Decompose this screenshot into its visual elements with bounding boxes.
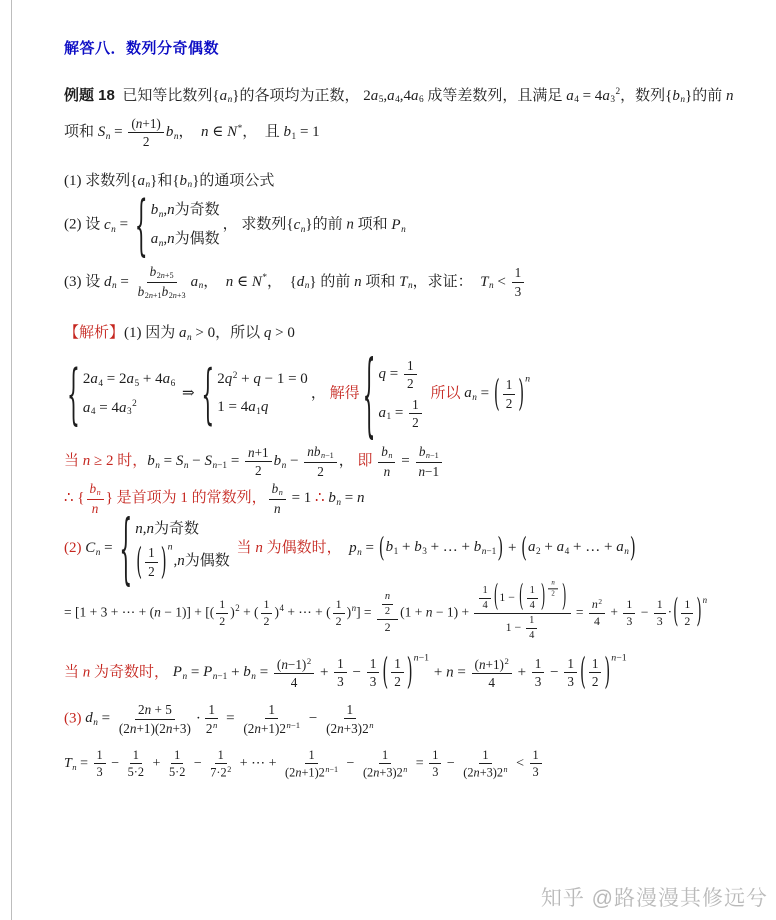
superscript: 2: [227, 765, 231, 774]
text-run: 1: [535, 656, 542, 671]
math-var-letter: a: [528, 539, 536, 555]
cases-group: {n,n为奇数(12)n,n为偶数: [119, 518, 229, 579]
math-var-letter: N: [252, 274, 262, 290]
math-var-letter: n: [479, 657, 486, 672]
superscript: 2: [504, 656, 508, 666]
text-run: +: [237, 371, 253, 387]
cases-group: {2q2 + q − 1 = 01 = 4a1q: [201, 368, 307, 419]
math-var-letter: a: [163, 371, 171, 387]
math-var-letter: n: [201, 124, 209, 140]
paren-inner: a2 + a4 + … + an: [527, 536, 630, 560]
text-run: ，: [339, 453, 358, 469]
fraction-denominator: 7·22: [207, 764, 234, 780]
fraction: 13: [512, 265, 525, 298]
text-run: 1: [336, 597, 342, 611]
math-var-letter: q: [253, 371, 261, 387]
text-run: 【解析】: [64, 325, 124, 341]
fraction: 14(1 − (14)n2)1 − 14: [474, 585, 570, 642]
math-var: n: [154, 604, 161, 619]
math-var-letter: a: [387, 88, 395, 104]
text-run: +1)2: [261, 721, 286, 736]
math-var: cn: [104, 217, 116, 233]
math-var: n: [384, 464, 391, 479]
math-var: dn: [297, 274, 310, 290]
text-run: 3: [567, 674, 574, 689]
paren-close-icon: ): [518, 376, 524, 413]
fraction-denominator: 4: [288, 674, 301, 690]
math-var: Pn: [391, 217, 405, 233]
paren-open-icon: (: [379, 535, 385, 562]
text-run: 当: [64, 664, 83, 680]
fraction: 13: [530, 748, 542, 779]
text-run: +: [149, 756, 164, 771]
text-run: +1)2: [301, 766, 324, 780]
fraction: bnn: [87, 481, 104, 516]
cases-row: (12)n,n为偶数: [135, 545, 230, 578]
fraction-numerator: 1: [429, 748, 441, 764]
text-run: 4: [529, 630, 534, 641]
math-var-letter: n: [551, 579, 554, 586]
text-run: + 4: [139, 371, 162, 387]
fraction-numerator: 1: [94, 748, 106, 764]
fraction: 1(2n+3)2n: [460, 748, 510, 780]
math-var-letter: S: [98, 124, 106, 140]
math-var-letter: n: [213, 720, 217, 730]
text-run: =: [412, 756, 427, 771]
math-var: an: [179, 325, 192, 341]
math-var-letter: b: [474, 539, 482, 555]
superscript: n: [403, 765, 407, 774]
math-var-letter: b: [328, 490, 336, 506]
math-var-letter: n: [346, 217, 354, 233]
math-var-letter: n: [726, 88, 734, 104]
math-var: a4: [557, 539, 570, 555]
fraction-denominator: 5·2: [166, 764, 188, 779]
math-var: a32: [602, 88, 620, 104]
text-run: =: [98, 710, 114, 726]
superscript: 2: [307, 656, 311, 666]
math-var: n: [213, 720, 217, 730]
math-var: an: [616, 539, 629, 555]
math-var-letter: b: [419, 444, 426, 459]
math-var: n: [525, 374, 530, 385]
text-run: +: [398, 539, 414, 555]
text-run: 1: [268, 702, 275, 717]
math-var: a6: [411, 88, 424, 104]
fraction-numerator: n: [382, 591, 393, 605]
paren-open-icon: (: [494, 376, 500, 413]
text-run: 1 −: [499, 590, 518, 604]
math-var-letter: b: [138, 284, 145, 299]
math-var-letter: n: [97, 488, 101, 497]
math-var-letter: P: [203, 664, 212, 680]
math-var: N*: [227, 124, 242, 140]
math-var: n: [135, 521, 143, 537]
text-run: (2: [285, 766, 295, 780]
text-run: ∈: [209, 124, 228, 140]
text-run: +3)2: [344, 721, 369, 736]
text-run: 2: [255, 463, 262, 478]
fraction: 1(2n+1)2n−1: [240, 702, 303, 736]
math-var-letter: b: [672, 88, 680, 104]
text-run: 1: [407, 358, 414, 373]
math-var-letter: n: [149, 291, 153, 300]
math-var: a32: [119, 400, 137, 416]
math-var-letter: T: [480, 274, 488, 290]
math-var-letter: S: [205, 453, 213, 469]
fraction-denominator: 3: [429, 764, 441, 779]
text-run: (1) 因为: [124, 325, 179, 341]
math-var: a1: [248, 399, 261, 415]
section-heading: 解答八．数列分奇偶数: [64, 38, 764, 61]
math-var-letter: a: [179, 325, 187, 341]
superscript: n−1: [286, 720, 300, 730]
math-var-letter: n: [624, 547, 629, 557]
text-run: =: [110, 124, 126, 140]
superscript: n: [504, 765, 508, 774]
fraction-denominator: 2: [503, 395, 516, 411]
text-run: =: [222, 710, 238, 726]
math-var-letter: n: [403, 765, 407, 774]
fraction-denominator: 2: [314, 463, 327, 479]
paren-close-icon: ): [541, 583, 546, 613]
math-var-letter: n: [482, 547, 487, 557]
part2-cases: (2) Cn = {n,n为奇数(12)n,n为偶数 当 n 为偶数时， pn …: [64, 518, 764, 579]
math-var: n: [92, 501, 99, 516]
text-run: 项和: [64, 124, 98, 140]
fraction-numerator: 1: [334, 656, 347, 673]
math-var-letter: n: [384, 464, 391, 479]
fraction-numerator: 14(1 − (14)n2): [474, 585, 570, 614]
paren-open-icon: (: [521, 535, 527, 562]
math-var-letter: a: [90, 371, 98, 387]
fraction: 13: [367, 656, 380, 689]
fraction-denominator: 4: [485, 674, 498, 690]
math-var: n: [504, 765, 508, 774]
cases-row: a4 = 4a32: [83, 397, 137, 421]
text-run: 1: [337, 656, 344, 671]
text-run: 1: [308, 748, 314, 762]
highlight-red: 当 n 为偶数时，: [237, 540, 342, 556]
text-run: −: [189, 453, 205, 469]
subscript: n: [401, 225, 406, 235]
math-var-letter: q: [261, 399, 269, 415]
math-var-letter: n: [357, 490, 365, 506]
superscript: n: [369, 720, 373, 730]
fraction: 15·2: [166, 748, 188, 779]
math-var: dn: [104, 274, 117, 290]
text-run: + (: [240, 604, 259, 619]
text-run: −1: [329, 765, 338, 774]
text-run: ·: [668, 604, 673, 619]
math-var-letter: b: [151, 202, 159, 218]
fraction-denominator: 3: [654, 614, 666, 629]
fraction: 1(2n+3)2n: [323, 702, 376, 736]
fraction-denominator: 2: [333, 614, 345, 629]
math-var-letter: a: [371, 88, 379, 104]
fraction-numerator: 1: [216, 598, 228, 614]
text-run: 2: [412, 415, 419, 430]
math-var: dn: [85, 710, 98, 726]
math-var: an: [191, 274, 204, 290]
math-var: n: [354, 274, 362, 290]
fraction-numerator: 1: [681, 598, 693, 614]
text-run: −: [343, 756, 358, 771]
fraction: 12: [261, 598, 273, 628]
document-body: 解答八．数列分奇偶数 例题 18 已知等比数列{an}的各项均为正数， 2a5,…: [64, 0, 764, 780]
fraction: 12: [391, 656, 404, 689]
math-var: n: [168, 542, 173, 553]
fraction: 12: [409, 397, 422, 430]
fraction-numerator: 1: [526, 615, 537, 629]
text-run: 1: [684, 597, 690, 611]
text-run: 2: [592, 674, 599, 689]
text-run: +1: [255, 445, 269, 460]
math-var: Sn: [98, 124, 111, 140]
text-run: 2: [504, 656, 508, 666]
math-var-letter: a: [248, 399, 256, 415]
text-run: 的通项公式: [199, 173, 274, 189]
paren-open-icon: (: [136, 544, 142, 581]
fraction-denominator: n: [89, 500, 102, 516]
text-run: 3: [432, 765, 438, 779]
fraction: 13: [532, 656, 545, 689]
math-var: a1: [378, 405, 391, 421]
fraction: 12n: [203, 702, 220, 736]
math-var-letter: a: [191, 274, 199, 290]
cases-brace-icon: {: [201, 362, 214, 427]
cases-row: 1 = 4a1q: [217, 396, 268, 420]
text-run: −: [443, 756, 458, 771]
text-run: = 2: [103, 371, 126, 387]
fraction-denominator: 2: [216, 614, 228, 629]
text-run: 1: [412, 397, 419, 412]
math-var: n: [255, 540, 263, 556]
fraction-denominator: 3: [512, 283, 525, 299]
cases-rows: q = 12a1 = 12: [378, 358, 423, 430]
cases-row: n,n为奇数: [135, 518, 199, 541]
math-var-letter: a: [119, 400, 127, 416]
fraction: n+12: [245, 445, 272, 478]
fraction-numerator: b2n+5: [147, 264, 177, 283]
text-run: }: [309, 274, 316, 290]
math-var-letter: b: [414, 539, 422, 555]
math-var: bn: [151, 202, 164, 218]
fraction-numerator: 1: [654, 598, 666, 614]
fraction: (n+1)24: [472, 656, 512, 690]
math-var: n: [357, 490, 365, 506]
math-var: n: [248, 445, 255, 460]
math-var: n: [703, 595, 707, 605]
math-var-letter: n: [426, 451, 430, 460]
text-run: 3: [97, 765, 103, 779]
text-run: = 1: [296, 124, 319, 140]
math-var: N*: [252, 274, 267, 290]
fraction-numerator: n+1: [245, 445, 272, 462]
math-var-letter: n: [401, 225, 406, 235]
math-var: a5: [371, 88, 384, 104]
math-var-letter: C: [85, 540, 95, 556]
fraction-numerator: 1: [532, 656, 545, 673]
paren-group: (12)n−1: [382, 656, 429, 689]
fraction-denominator: 3: [530, 764, 542, 779]
math-var-letter: p: [349, 540, 357, 556]
math-var: bn: [243, 664, 256, 680]
text-run: +3): [172, 721, 190, 736]
text-run: {: [286, 217, 293, 233]
math-var: b1: [284, 124, 297, 140]
text-run: −: [349, 664, 365, 680]
math-var: Pn−1: [203, 664, 227, 680]
subscript: 6: [171, 379, 176, 389]
highlight-red: 当 n ≥ 2 时，: [64, 453, 147, 469]
math-var: n: [337, 721, 344, 736]
math-var: a2: [528, 539, 541, 555]
text-run: 1: [626, 597, 632, 611]
text-run: 2: [684, 614, 690, 628]
fraction: 12: [145, 545, 158, 578]
text-run: ⇒: [178, 385, 198, 401]
part2-question: (2) 设 cn = {bn,n为奇数an,n为偶数， 求数列{cn}的前 n …: [64, 199, 764, 251]
text-run: [342, 540, 350, 556]
highlight-red: 【解析】: [64, 325, 124, 341]
math-var: bn: [328, 490, 341, 506]
text-run: ，数列: [620, 88, 665, 104]
highlight-red: ∴: [315, 490, 328, 506]
cases-rows: bn,n为奇数an,n为偶数: [151, 199, 220, 251]
text-run: 的各项均为正数， 2: [239, 88, 370, 104]
math-var: Tn: [64, 756, 77, 771]
text-run: 4: [594, 614, 600, 628]
text-run: 3: [337, 674, 344, 689]
fraction-numerator: 1: [391, 656, 404, 673]
fraction: 13: [94, 748, 106, 779]
fraction-numerator: 1: [379, 748, 391, 764]
math-var-letter: n: [281, 657, 288, 672]
text-run: 2: [143, 134, 150, 149]
fraction: 12: [216, 598, 228, 628]
fraction-denominator: 3: [564, 673, 577, 689]
math-var-letter: n: [525, 374, 530, 385]
cases-brace-icon: {: [67, 361, 80, 427]
text-run: ，: [178, 124, 201, 140]
math-var: a6: [163, 371, 176, 387]
math-var: a4: [83, 400, 96, 416]
math-var-letter: b: [314, 444, 321, 459]
subscript: n−1: [321, 451, 334, 460]
cases-row: an,n为偶数: [151, 228, 220, 252]
fraction-denominator: 5·2: [125, 764, 147, 779]
paren-close-icon: ): [696, 597, 701, 629]
text-run: ，: [311, 385, 330, 401]
text-run: 1: [515, 265, 522, 280]
text-run: =: [454, 664, 470, 680]
superscript: n−1: [325, 765, 338, 774]
math-var: n: [446, 664, 454, 680]
text-run: ∴: [315, 490, 328, 506]
cases-group: {2a4 = 2a5 + 4a6a4 = 4a32: [67, 368, 175, 420]
text-run: 为奇数时，: [90, 664, 169, 680]
text-run: +3)2: [480, 766, 503, 780]
fraction: 13: [654, 598, 666, 628]
cases-brace-icon: {: [119, 510, 132, 587]
text-run: 2: [206, 721, 213, 736]
fraction-denominator: 2: [548, 589, 557, 598]
text-run: 7·2: [210, 766, 226, 780]
fraction: n24: [589, 598, 605, 628]
text-run: 3: [626, 614, 632, 628]
fraction: 13: [334, 656, 347, 689]
problem-intro: 例题 18 已知等比数列{an}的各项均为正数， 2a5,a4,4a6 成等差数…: [64, 85, 764, 109]
text-run: −: [305, 710, 321, 726]
text-run: 1: [567, 656, 574, 671]
page-left-rule: [11, 0, 12, 920]
math-var-letter: n: [592, 597, 598, 611]
fraction-denominator: (2n+1)2n−1: [282, 764, 341, 780]
text-run: 2: [394, 674, 401, 689]
text-run: (2: [363, 766, 373, 780]
math-var: n: [177, 554, 185, 570]
text-run: 2: [264, 614, 270, 628]
math-var-letter: a: [602, 88, 610, 104]
highlight-red: (2): [64, 540, 85, 556]
math-var: n: [167, 202, 175, 218]
math-var: n: [551, 579, 554, 586]
text-run: (2): [64, 540, 85, 556]
math-var-letter: d: [104, 274, 112, 290]
paren-inner: 12: [388, 656, 407, 689]
text-run: > 0: [271, 325, 294, 341]
math-var: n: [385, 591, 390, 602]
fraction-denominator: 2: [409, 414, 422, 430]
math-var-letter: n: [321, 451, 325, 460]
paren-inner: 12: [500, 377, 519, 410]
fraction-numerator: 1: [512, 265, 525, 282]
text-run: 2: [336, 614, 342, 628]
text-run: ，: [203, 274, 226, 290]
math-var-letter: a: [411, 88, 419, 104]
text-run: −1: [616, 653, 627, 664]
math-var: q: [253, 371, 261, 387]
text-run: 1: [529, 615, 534, 626]
text-run: 1: [208, 702, 215, 717]
text-run: 2: [385, 606, 390, 617]
text-run: +1): [486, 657, 504, 672]
solve-q-systems: {2a4 = 2a5 + 4a6a4 = 4a32 ⇒ {2q2 + q − 1…: [64, 358, 764, 430]
math-var-letter: b: [147, 453, 155, 469]
math-var: cn: [294, 217, 306, 233]
math-var-letter: c: [104, 217, 111, 233]
text-run: = 1: [288, 490, 315, 506]
text-run: 2: [385, 620, 391, 634]
math-var: Cn: [85, 540, 100, 556]
fraction-numerator: 1: [333, 598, 345, 614]
math-var-letter: q: [225, 371, 233, 387]
highlight-red: (3): [64, 710, 85, 726]
math-var: n: [426, 604, 433, 619]
text-run: 1: [533, 748, 539, 762]
fraction: 12: [404, 358, 417, 391]
text-run: 1: [370, 656, 377, 671]
fraction: 17·22: [207, 748, 234, 780]
bn-recurrence: 当 n ≥ 2 时，bn = Sn − Sn−1 = n+12bn − nbn−…: [64, 444, 764, 479]
cases-row: 2q2 + q − 1 = 0: [217, 368, 308, 391]
cases-row: a1 = 12: [378, 397, 423, 430]
paren-close-icon: ): [497, 535, 503, 562]
fraction: 12: [333, 598, 345, 628]
text-run: 1: [97, 748, 103, 762]
math-var-letter: a: [151, 231, 159, 247]
